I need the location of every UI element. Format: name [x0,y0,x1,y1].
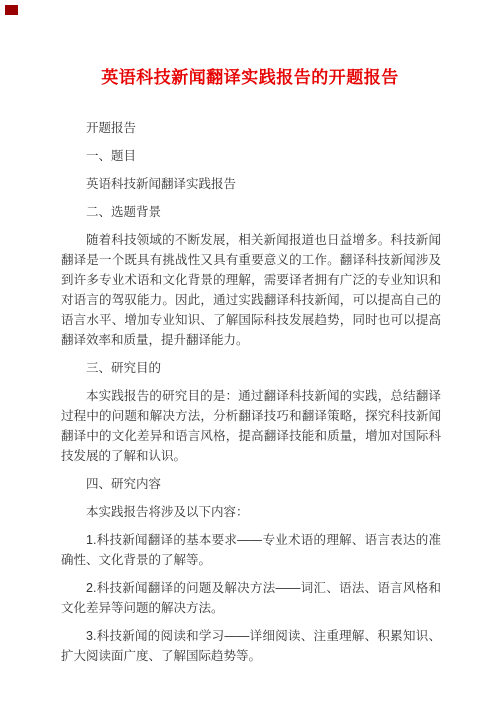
paragraph: 本实践报告将涉及以下内容： [61,502,441,522]
paragraph: 开题报告 [61,118,441,138]
paragraph: 四、研究内容 [61,474,441,494]
paragraph: 二、选题背景 [61,202,441,222]
paragraph: 1.科技新闻翻译的基本要求——专业术语的理解、语言表达的准确性、文化背景的了解等… [61,530,441,570]
paragraph: 随着科技领域的不断发展，相关新闻报道也日益增多。科技新闻翻译是一个既具有挑战性又… [61,230,441,350]
paragraph: 三、研究目的 [61,358,441,378]
paragraph: 2.科技新闻翻译的问题及解决方法——词汇、语法、语言风格和文化差异等问题的解决方… [61,578,441,618]
document-title: 英语科技新闻翻译实践报告的开题报告 [40,66,460,90]
document-page: 英语科技新闻翻译实践报告的开题报告 开题报告一、题目英语科技新闻翻译实践报告二、… [0,0,500,707]
paragraph: 3.科技新闻的阅读和学习——详细阅读、注重理解、积累知识、扩大阅读面广度、了解国… [61,626,441,666]
paragraph: 英语科技新闻翻译实践报告 [61,174,441,194]
document-body: 开题报告一、题目英语科技新闻翻译实践报告二、选题背景随着科技领域的不断发展，相关… [61,118,441,666]
corner-mark [5,5,18,15]
paragraph: 一、题目 [61,146,441,166]
paragraph: 本实践报告的研究目的是：通过翻译科技新闻的实践，总结翻译过程中的问题和解决方法，… [61,386,441,466]
